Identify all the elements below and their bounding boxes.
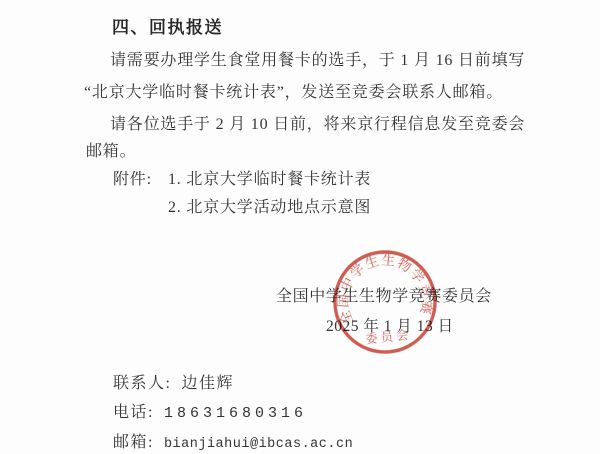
contact-phone-label: 电话: [113, 404, 154, 421]
paragraph1-line1: 请需要办理学生食堂用餐卡的选手，于 1 月 16 日前填写 [110, 50, 525, 71]
contact-person-value: 边佳辉 [181, 375, 234, 392]
document-page: 四、回执报送 请需要办理学生食堂用餐卡的选手，于 1 月 16 日前填写 “北京… [0, 0, 600, 454]
contact-phone-row: 电话:18631680316 [113, 399, 307, 422]
contact-email-label: 邮箱: [113, 434, 154, 451]
contact-email-row: 邮箱:bianjiahui@ibcas.ac.cn [113, 429, 353, 452]
signature-organization: 全国中学生生物学竞赛委员会 [276, 283, 492, 306]
signature-date: 2025 年 1 月 13 日 [326, 314, 454, 336]
attachment-item-2: 2. 北京大学活动地点示意图 [168, 197, 371, 218]
section-heading: 四、回执报送 [112, 13, 223, 38]
paragraph1-line2: “北京大学临时餐卡统计表”，发送至竞委会联系人邮箱。 [84, 82, 503, 103]
attachments-label: 附件: [113, 169, 152, 190]
contact-email-value: bianjiahui@ibcas.ac.cn [164, 437, 353, 452]
contact-phone-value: 18631680316 [164, 405, 307, 422]
attachment-item-1: 1. 北京大学临时餐卡统计表 [168, 169, 371, 190]
contact-person-row: 联系人:边佳辉 [113, 370, 234, 393]
paragraph2-line2: 邮箱。 [86, 141, 136, 162]
contact-person-label: 联系人: [113, 375, 171, 392]
paragraph2-line1: 请各位选手于 2 月 10 日前，将来京行程信息发至竞委会 [110, 114, 525, 135]
